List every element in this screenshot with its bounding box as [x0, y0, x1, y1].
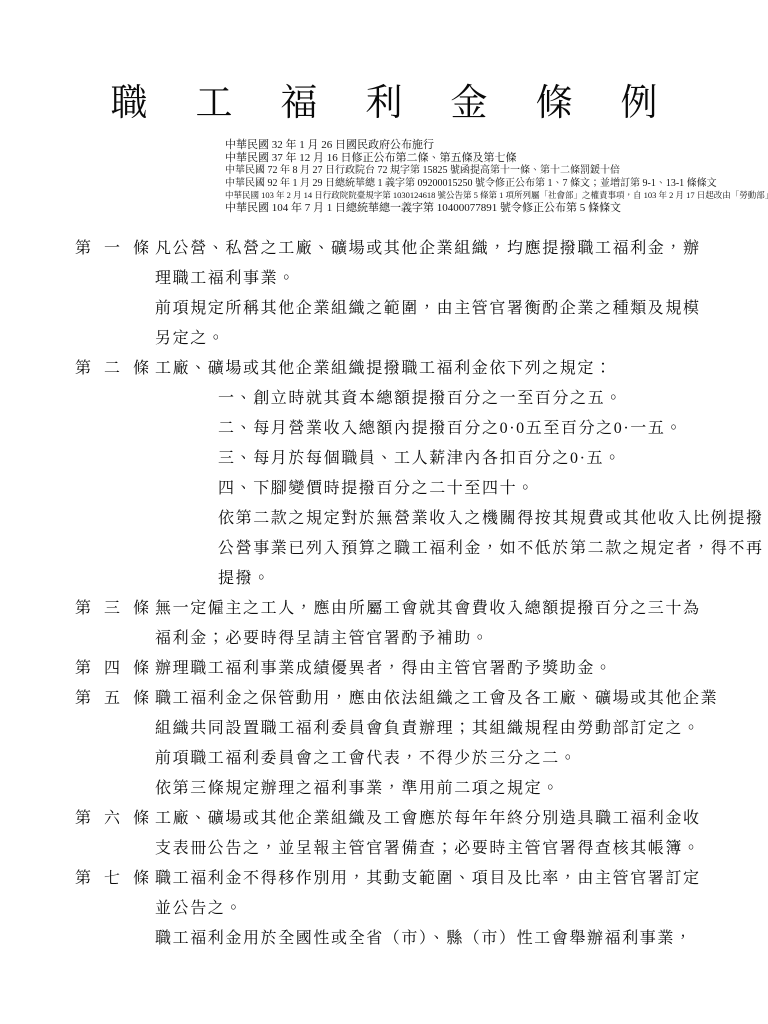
body-line: 前項規定所稱其他企業組織之範圍，由主管官署衡酌企業之種類及規模: [0, 294, 768, 324]
article-number-label: 第 七 條: [75, 864, 150, 894]
body-line-text: 並公告之。: [0, 894, 243, 924]
amendment-note: 中華民國 32 年 1 月 26 日國民政府公布施行: [225, 139, 768, 152]
body-line: 依第三條規定辦理之福利事業，準用前二項之規定。: [0, 774, 768, 804]
body-line-text: 三、每月於每個職員、工人薪津內各扣百分之0·五。: [0, 444, 622, 474]
body-line-text: 前項職工福利委員會之工會代表，不得少於三分之二。: [0, 744, 577, 774]
article-number-label: 第 一 條: [75, 234, 150, 264]
body-line: 三、每月於每個職員、工人薪津內各扣百分之0·五。: [0, 444, 768, 474]
body-line: 二、每月營業收入總額內提撥百分之0·0五至百分之0·一五。: [0, 414, 768, 444]
body-line: 第 一 條 凡公營、私營之工廠、礦場或其他企業組織，均應提撥職工福利金，辦: [0, 234, 768, 264]
body-line: 第 二 條 工廠、礦場或其他企業組織提撥職工福利金依下列之規定：: [0, 354, 768, 384]
article-body: 第 一 條 凡公營、私營之工廠、礦場或其他企業組織，均應提撥職工福利金，辦 理職…: [0, 234, 768, 954]
body-line-text: 依第二款之規定對於無營業收入之機關得按其規費或其他收入比例提撥。: [0, 504, 768, 534]
body-line-text: 組織共同設置職工福利委員會負責辦理；其組織規程由勞動部訂定之。: [0, 714, 701, 744]
body-line: 一、創立時就其資本總額提撥百分之一至百分之五。: [0, 384, 768, 414]
document-title: 職工福利金條例: [0, 0, 768, 126]
document-page: 職工福利金條例 中華民國 32 年 1 月 26 日國民政府公布施行中華民國 3…: [0, 0, 768, 1024]
article-number-label: 第 四 條: [75, 654, 150, 684]
body-line-text: 職工福利金用於全國性或全省（市）、縣（市）性工會舉辦福利事業，: [0, 924, 693, 954]
body-line-text: 福利金；必要時得呈請主管官署酌予補助。: [0, 624, 489, 654]
amendment-history: 中華民國 32 年 1 月 26 日國民政府公布施行中華民國 37 年 12 月…: [225, 139, 768, 215]
amendment-note: 中華民國 92 年 1 月 29 日總統華總 1 義字第 09200015250…: [225, 178, 768, 191]
body-line: 第 七 條 職工福利金不得移作別用，其動支範圍、項目及比率，由主管官署訂定: [0, 864, 768, 894]
article-number-label: 第 二 條: [75, 354, 150, 384]
body-line-text: 依第三條規定辦理之福利事業，準用前二項之規定。: [0, 774, 560, 804]
body-line: 第 六 條 工廠、礦場或其他企業組織及工會應於每年年終分別造具職工福利金收: [0, 804, 768, 834]
body-line: 理職工福利事業。: [0, 264, 768, 294]
body-line: 四、下腳變價時提撥百分之二十至四十。: [0, 474, 768, 504]
article-number-label: 第 三 條: [75, 594, 150, 624]
body-line: 支表冊公告之，並呈報主管官署備查；必要時主管官署得查核其帳簿。: [0, 834, 768, 864]
body-line: 另定之。: [0, 324, 768, 354]
amendment-note: 中華民國 72 年 8 月 27 日行政院台 72 規字第 15825 號函提高…: [225, 165, 768, 178]
body-line: 公營事業已列入預算之職工福利金，如不低於第二款之規定者，得不再: [0, 534, 768, 564]
amendment-note: 中華民國 37 年 12 月 16 日修正公布第二條、第五條及第七條: [225, 152, 768, 165]
amendment-note: 中華民國 104 年 7 月 1 日總統華總一義字第 10400077891 號…: [225, 202, 768, 215]
body-line-text: 支表冊公告之，並呈報主管官署備查；必要時主管官署得查核其帳簿。: [0, 834, 701, 864]
body-line: 第 三 條 無一定僱主之工人，應由所屬工會就其會費收入總額提撥百分之三十為: [0, 594, 768, 624]
body-line-text: 公營事業已列入預算之職工福利金，如不低於第二款之規定者，得不再: [0, 534, 764, 564]
body-line-text: 一、創立時就其資本總額提撥百分之一至百分之五。: [0, 384, 623, 414]
body-line-text: 另定之。: [0, 324, 225, 354]
body-line: 提撥。: [0, 564, 768, 594]
body-line: 第 五 條 職工福利金之保管動用，應由依法組織之工會及各工廠、礦場或其他企業: [0, 684, 768, 714]
body-line: 職工福利金用於全國性或全省（市）、縣（市）性工會舉辦福利事業，: [0, 924, 768, 954]
body-line-text: 理職工福利事業。: [0, 264, 296, 294]
body-line: 組織共同設置職工福利委員會負責辦理；其組織規程由勞動部訂定之。: [0, 714, 768, 744]
body-line: 前項職工福利委員會之工會代表，不得少於三分之二。: [0, 744, 768, 774]
amendment-note: 中華民國 103 年 2 月 14 日行政院院臺規字第 1030124618 號…: [225, 190, 768, 202]
body-line-text: 二、每月營業收入總額內提撥百分之0·0五至百分之0·一五。: [0, 414, 683, 444]
body-line-text: 前項規定所稱其他企業組織之範圍，由主管官署衡酌企業之種類及規模: [0, 294, 701, 324]
article-number-label: 第 六 條: [75, 804, 150, 834]
body-line: 並公告之。: [0, 894, 768, 924]
body-line-text: 提撥。: [0, 564, 271, 594]
body-line: 第 四 條 辦理職工福利事業成績優異者，得由主管官署酌予獎助金。: [0, 654, 768, 684]
body-line-text: 四、下腳變價時提撥百分之二十至四十。: [0, 474, 535, 504]
body-line: 依第二款之規定對於無營業收入之機關得按其規費或其他收入比例提撥。: [0, 504, 768, 534]
body-line: 福利金；必要時得呈請主管官署酌予補助。: [0, 624, 768, 654]
article-number-label: 第 五 條: [75, 684, 150, 714]
